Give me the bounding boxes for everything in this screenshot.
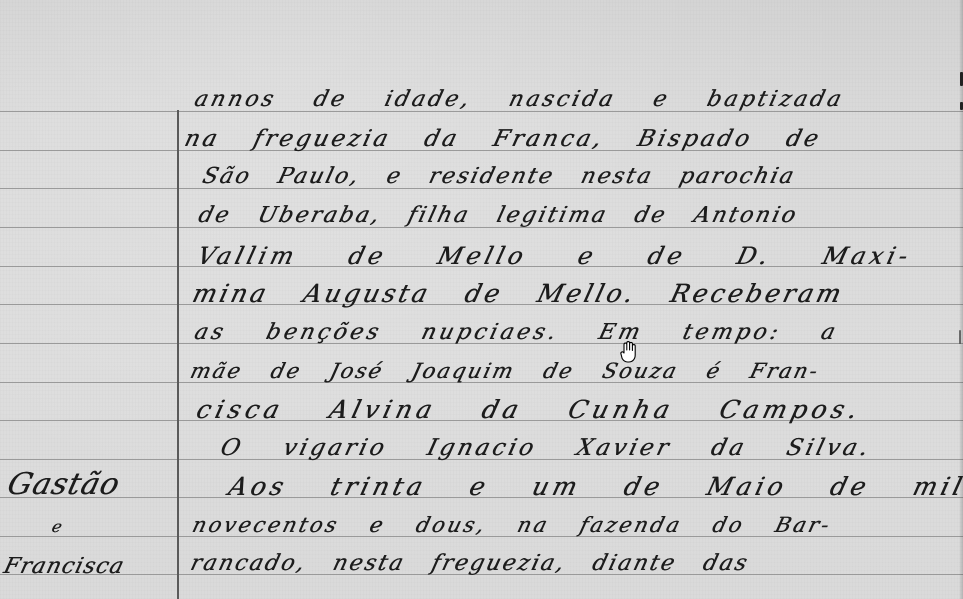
body-line-2: na freguezia da Franca, Bispado de — [182, 128, 824, 151]
body-line-1: annos de idade, nascida e baptizada — [192, 89, 846, 111]
page-edge — [959, 0, 963, 599]
body-line-6: mina Augusta de Mello. Receberam — [190, 281, 847, 306]
body-line-5: Vallim de Mello e de D. Maxi- — [195, 244, 914, 268]
body-line-9: cisca Alvina da Cunha Campos. — [194, 397, 864, 422]
body-line-7: as benções nupciaes. Em tempo: a — [192, 322, 841, 344]
margin-name-gastao: Gastão — [4, 470, 123, 500]
margin-name-francisca: Francisca — [1, 556, 126, 578]
hand-cursor-icon — [619, 340, 639, 364]
page-edge-mark — [959, 330, 961, 344]
body-line-13: rancado, nesta freguezia, diante das — [188, 553, 751, 575]
margin-rule — [177, 110, 179, 599]
body-line-8: mãe de José Joaquim de Souza é Fran- — [188, 361, 822, 382]
body-line-4: de Uberaba, filha legitima de Antonio — [196, 205, 800, 227]
body-line-12: novecentos e dous, na fazenda do Bar- — [190, 515, 834, 536]
body-line-11: Aos trinta e um de Maio de mil — [226, 474, 963, 499]
body-line-10: O vigario Ignacio Xavier da Silva. — [218, 437, 873, 460]
margin-conjunction: e — [50, 519, 63, 535]
document-page: annos de idade, nascida e baptizada na f… — [0, 0, 963, 599]
body-line-3: São Paulo, e residente nesta parochia — [200, 166, 798, 188]
